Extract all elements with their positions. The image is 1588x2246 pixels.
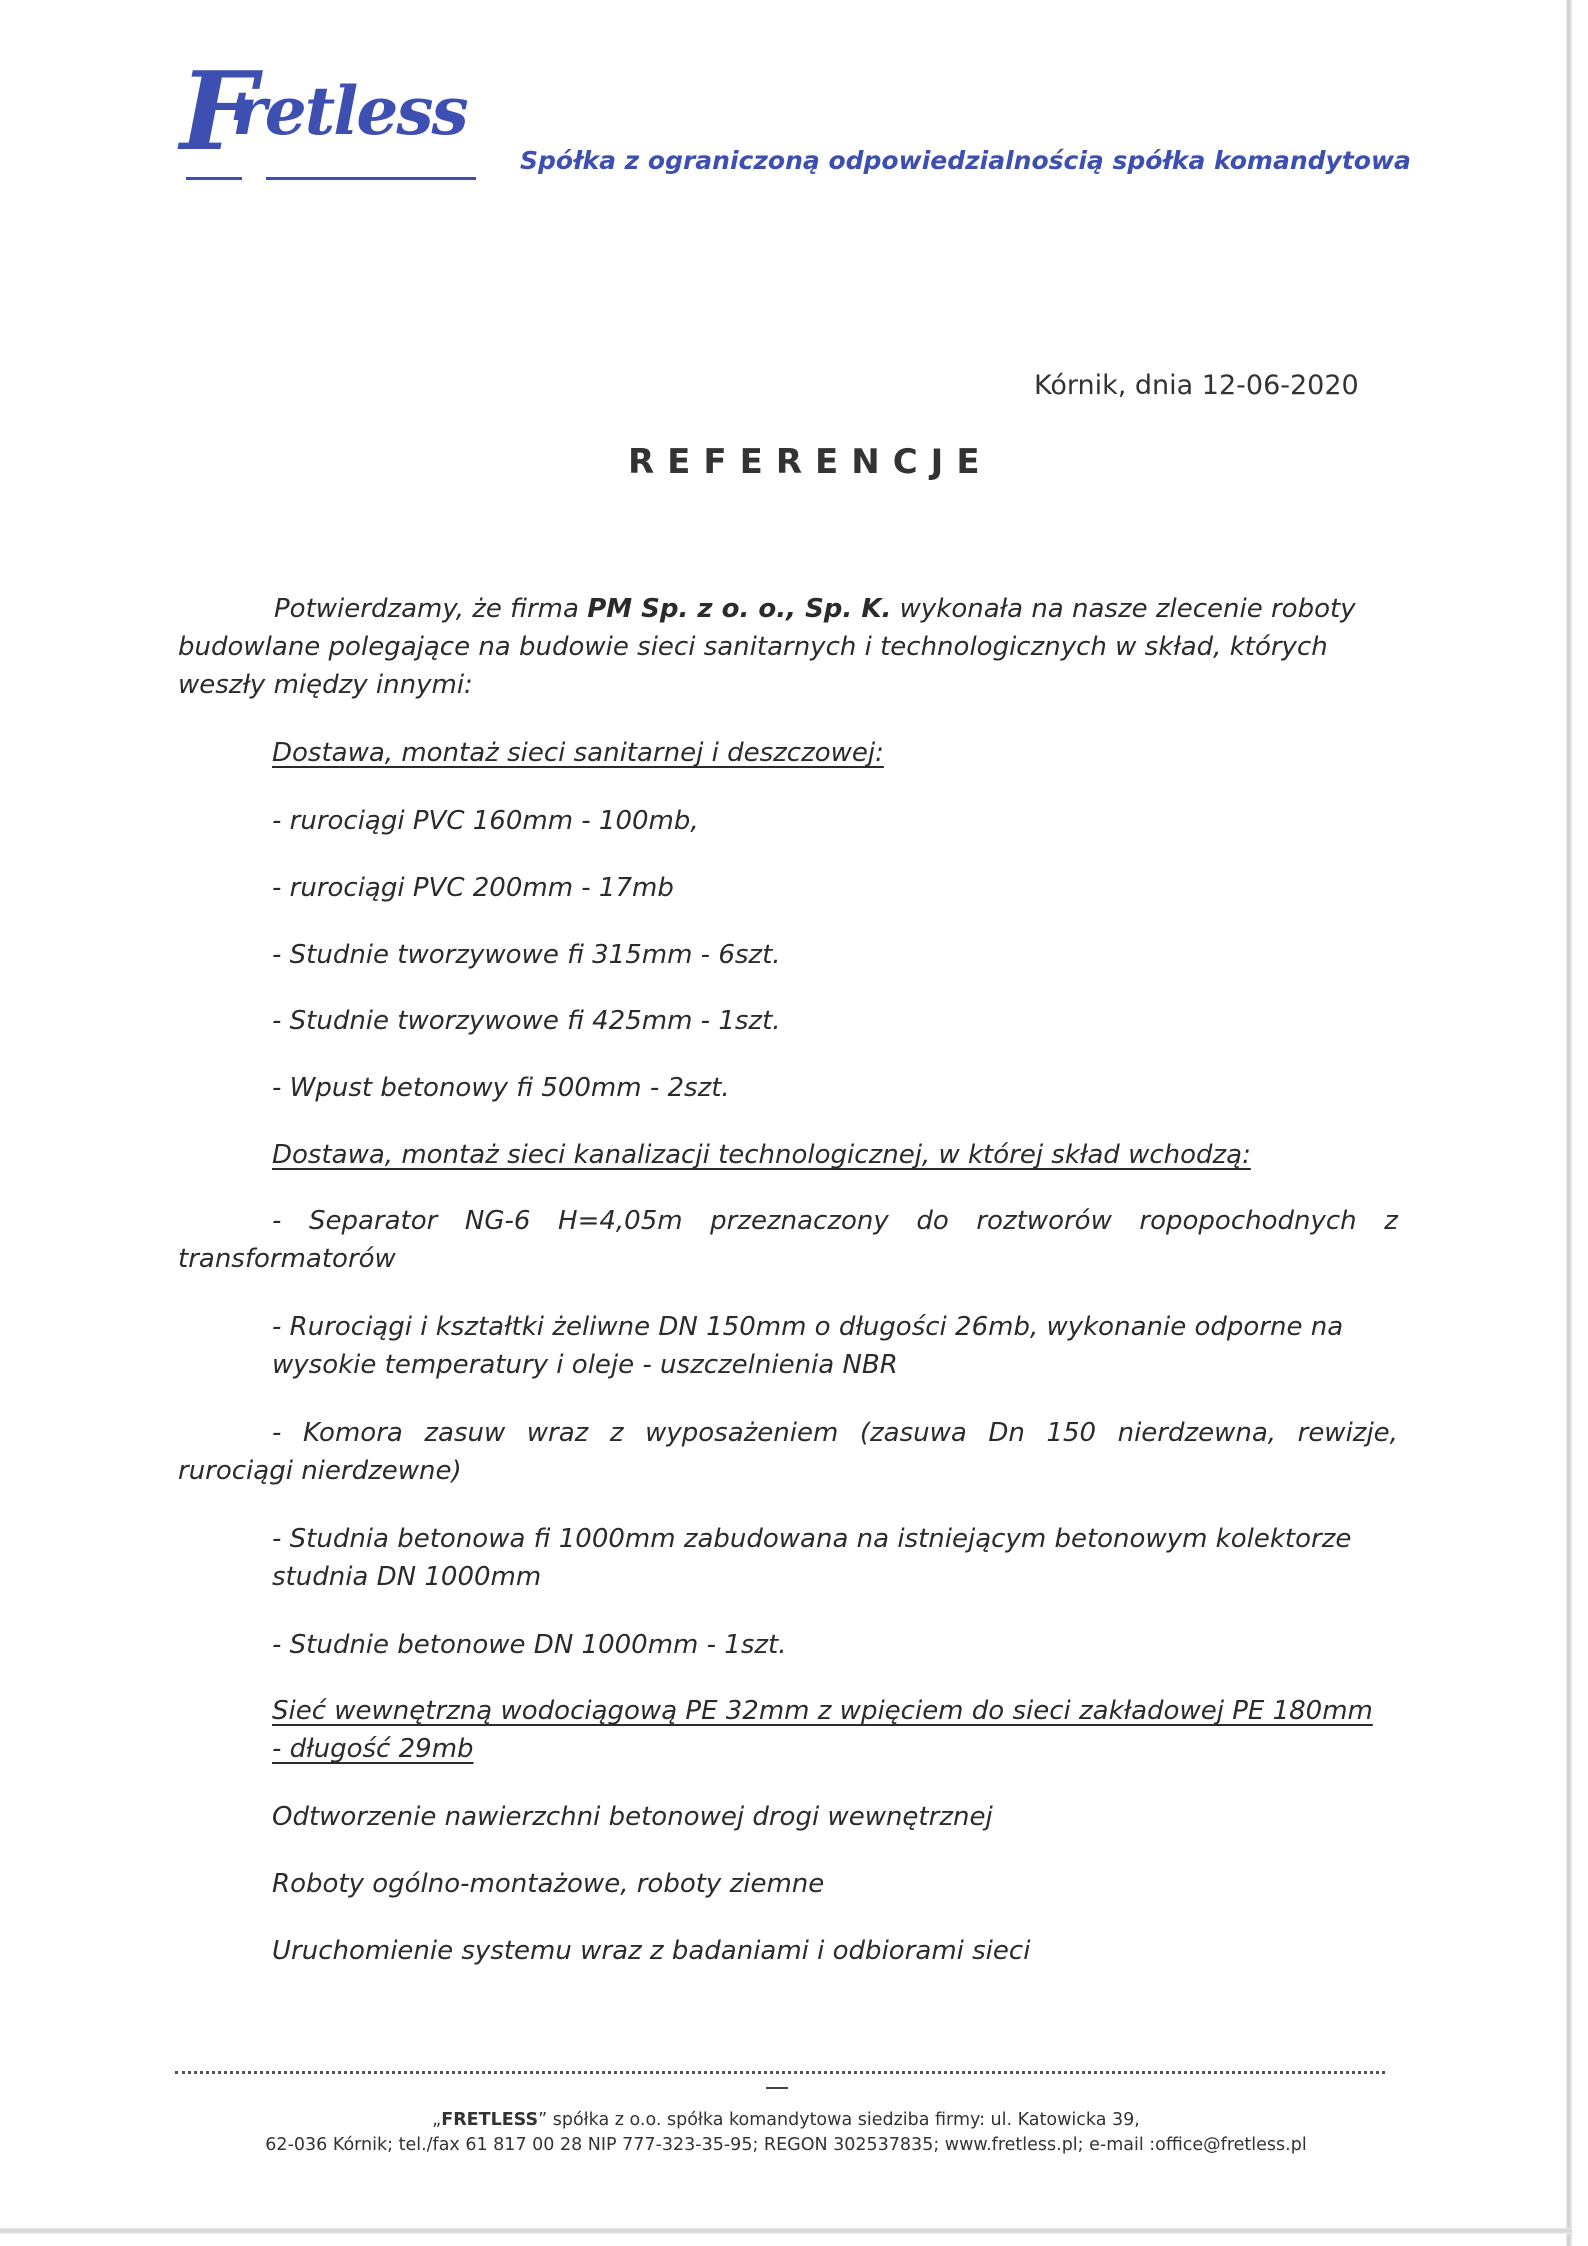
intro-line-1: Potwierdzamy, że firma PM Sp. z o. o., S… — [274, 594, 1398, 624]
date-line: Kórnik, dnia 12-06-2020 — [1034, 370, 1359, 401]
company-type-tagline: Spółka z ograniczoną odpowiedzialnością … — [520, 146, 1411, 175]
chamber-line-2: rurociągi nierdzewne) — [178, 1456, 462, 1486]
logo-underline-right — [266, 177, 476, 180]
other-work-item: Odtworzenie nawierzchni betonowej drogi … — [272, 1802, 993, 1832]
section3-heading-line-1: Sieć wewnętrzną wodociągową PE 32mm z wp… — [272, 1696, 1373, 1726]
pipes-line-2: wysokie temperatury i oleje - uszczelnie… — [272, 1350, 898, 1380]
section1-item: - Studnie tworzywowe fi 315mm - 6szt. — [272, 940, 781, 970]
section1-item: - Wpust betonowy fi 500mm - 2szt. — [272, 1073, 730, 1103]
footer-mark — [766, 2087, 788, 2089]
section1-item: - Studnie tworzywowe fi 425mm - 1szt. — [272, 1006, 781, 1036]
section3-heading-line-2: - długość 29mb — [272, 1734, 474, 1764]
separator-line-1: - Separator NG-6 H=4,05m przeznaczony do… — [272, 1206, 1398, 1236]
pipes-line-1: - Rurociągi i kształtki żeliwne DN 150mm… — [272, 1312, 1343, 1342]
intro-line1-rest: wykonała na nasze zlecenie roboty — [891, 594, 1355, 624]
logo-underline-left — [186, 177, 242, 180]
chamber-line-1: - Komora zasuw wraz z wyposażeniem (zasu… — [272, 1418, 1398, 1448]
footer-company: FRETLESS — [441, 2110, 538, 2130]
section1-item: - rurociągi PVC 200mm - 17mb — [272, 873, 674, 903]
wells-count: - Studnie betonowe DN 1000mm - 1szt. — [272, 1630, 786, 1660]
section2-heading: Dostawa, montaż sieci kanalizacji techno… — [272, 1140, 1251, 1170]
other-work-item: Uruchomienie systemu wraz z badaniami i … — [272, 1936, 1030, 1966]
footer-divider — [175, 2071, 1385, 2074]
well-line-2: studnia DN 1000mm — [272, 1562, 541, 1592]
intro-line-3: weszły między innymi: — [178, 670, 473, 700]
footer-line-2: 62-036 Kórnik; tel./fax 61 817 00 28 NIP… — [0, 2135, 1572, 2155]
page-edge-bottom — [0, 2228, 1572, 2234]
fretless-logo: F retless — [180, 66, 480, 196]
section1-heading: Dostawa, montaż sieci sanitarnej i deszc… — [272, 738, 884, 768]
other-work-item: Roboty ogólno-montażowe, roboty ziemne — [272, 1869, 824, 1899]
contractor-name: PM Sp. z o. o., Sp. K. — [587, 594, 891, 624]
intro-line-2: budowlane polegające na budowie sieci sa… — [178, 632, 1328, 662]
footer-line-1: „FRETLESS” spółka z o.o. spółka komandyt… — [0, 2110, 1572, 2130]
section1-item: - rurociągi PVC 160mm - 100mb, — [272, 806, 699, 836]
well-line-1: - Studnia betonowa fi 1000mm zabudowana … — [272, 1524, 1351, 1554]
separator-line-2: transformatorów — [178, 1244, 396, 1274]
logo-wordmark: retless — [232, 72, 467, 150]
document-title: REFERENCJE — [628, 442, 993, 482]
intro-prefix: Potwierdzamy, że firma — [274, 594, 587, 624]
page-edge-right — [1566, 0, 1572, 2246]
